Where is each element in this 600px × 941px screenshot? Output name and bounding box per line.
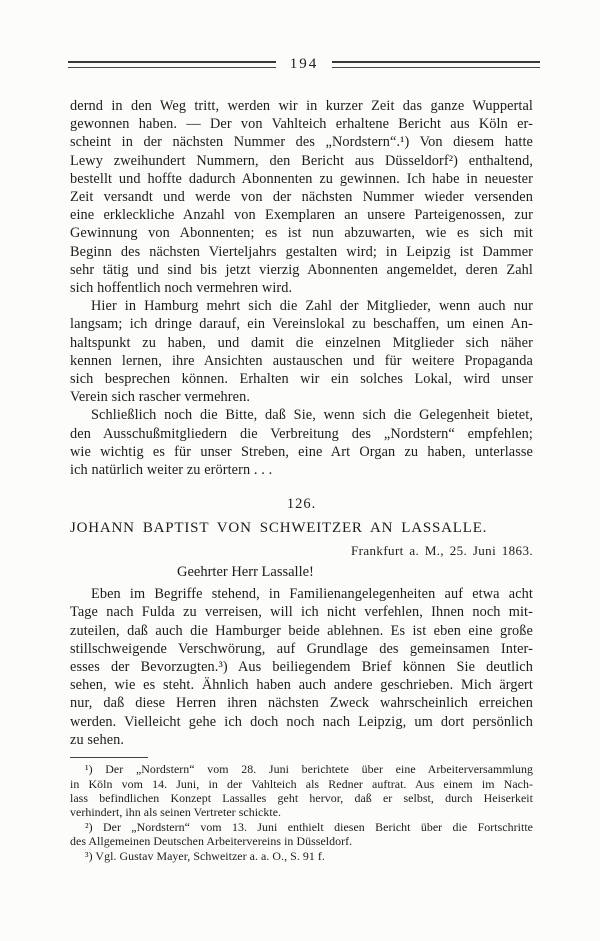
text-line: stillschweigende Verschwörung, auf Grund… <box>70 640 533 658</box>
text-line: Tage nach Fulda zu verreisen, will ich n… <box>70 603 533 621</box>
page-number: 194 <box>286 57 323 71</box>
text-line: Hier in Hamburg mehrt sich die Zahl der … <box>70 297 533 315</box>
text-line: sehen, wie es steht. Ähnlich haben auch … <box>70 676 533 694</box>
text-line: Schließlich noch die Bitte, daß Sie, wen… <box>70 406 533 424</box>
text-line: sich hoffentlich noch vermehren wird. <box>70 279 533 297</box>
book-page: 194 dernd in den Weg tritt, werden wir i… <box>0 0 600 941</box>
text-line: lass befindlichen Konzept Lassalles geht… <box>70 791 533 805</box>
footnote-separator <box>70 757 148 758</box>
text-line: des Allgemeinen Deutschen Arbeiterverein… <box>70 834 533 848</box>
paragraph: Schließlich noch die Bitte, daß Sie, wen… <box>70 406 533 479</box>
text-line: sehr tätig und sind bis jetzt vierzig Ab… <box>70 261 533 279</box>
text-line: zuteilen, daß auch die Hamburger beide a… <box>70 622 533 640</box>
text-line: Zeit versandt und werde von der nächsten… <box>70 188 533 206</box>
text-line: scheint in der nächsten Nummer des „Nord… <box>70 133 533 151</box>
page-header: 194 <box>68 57 540 71</box>
text-line: ³) Vgl. Gustav Mayer, Schweitzer a. a. O… <box>70 849 533 863</box>
header-rule-left <box>68 61 276 68</box>
text-line: Gewinnung von Abonnenten; es ist nun abz… <box>70 224 533 242</box>
body-text: dernd in den Weg tritt, werden wir in ku… <box>70 97 533 479</box>
letter-salutation: Geehrter Herr Lassalle! <box>70 563 533 582</box>
text-line: eine erkleckliche Anzahl von Exemplaren … <box>70 206 533 224</box>
text-line: in Köln vom 14. Juni, in der Vahlteich a… <box>70 777 533 791</box>
paragraph: ¹) Der „Nordstern“ vom 28. Juni berichte… <box>70 762 533 820</box>
text-line: sich besprechen können. Erhalten wir ein… <box>70 370 533 388</box>
text-line: wie wichtig es für unser Streben, eine A… <box>70 443 533 461</box>
footnotes: ¹) Der „Nordstern“ vom 28. Juni berichte… <box>70 762 533 863</box>
text-line: esses der Bevorzugten.³) Aus beiliegende… <box>70 658 533 676</box>
letter-dateline: Frankfurt a. M., 25. Juni 1863. <box>70 542 533 560</box>
header-rule-right <box>332 61 540 68</box>
text-line: den Ausschußmitgliedern die Verbreitung … <box>70 425 533 443</box>
text-line: langsam; ich dringe darauf, ein Vereinsl… <box>70 315 533 333</box>
text-line: zu sehen. <box>70 731 533 749</box>
text-line: bestellt und hoffte dadurch Abonnenten z… <box>70 170 533 188</box>
paragraph: ²) Der „Nordstern“ vom 13. Juni enthielt… <box>70 820 533 849</box>
paragraph: dernd in den Weg tritt, werden wir in ku… <box>70 97 533 297</box>
text-line: gewonnen haben. — Der von Vahlteich erha… <box>70 115 533 133</box>
paragraph: ³) Vgl. Gustav Mayer, Schweitzer a. a. O… <box>70 849 533 863</box>
text-line: ich natürlich weiter zu erörtern . . . <box>70 461 533 479</box>
text-line: nur, daß diese Herren ihren nächsten Zwe… <box>70 694 533 712</box>
text-line: Verein sich rascher vermehren. <box>70 388 533 406</box>
paragraph: Hier in Hamburg mehrt sich die Zahl der … <box>70 297 533 406</box>
letter-number: 126. <box>70 495 533 513</box>
text-line: dernd in den Weg tritt, werden wir in ku… <box>70 97 533 115</box>
text-line: kennen lernen, ihre Ansichten austausche… <box>70 352 533 370</box>
text-line: haltspunkt zu haben, und damit die einze… <box>70 334 533 352</box>
text-line: ¹) Der „Nordstern“ vom 28. Juni berichte… <box>70 762 533 776</box>
text-line: verhindert, ihn als seinen Vertreter sch… <box>70 805 533 819</box>
letter-title: JOHANN BAPTIST VON SCHWEITZER AN LASSALL… <box>70 519 533 538</box>
text-line: ²) Der „Nordstern“ vom 13. Juni enthielt… <box>70 820 533 834</box>
text-column: dernd in den Weg tritt, werden wir in ku… <box>70 97 533 863</box>
text-line: Beginn des nächsten Vierteljahrs gestalt… <box>70 243 533 261</box>
text-line: Eben im Begriffe stehend, in Familienang… <box>70 585 533 603</box>
text-line: Lewy zweihundert Nummern, den Bericht au… <box>70 152 533 170</box>
text-line: werden. Vielleicht gehe ich doch noch na… <box>70 713 533 731</box>
letter-body: Eben im Begriffe stehend, in Familienang… <box>70 585 533 749</box>
paragraph: Eben im Begriffe stehend, in Familienang… <box>70 585 533 749</box>
